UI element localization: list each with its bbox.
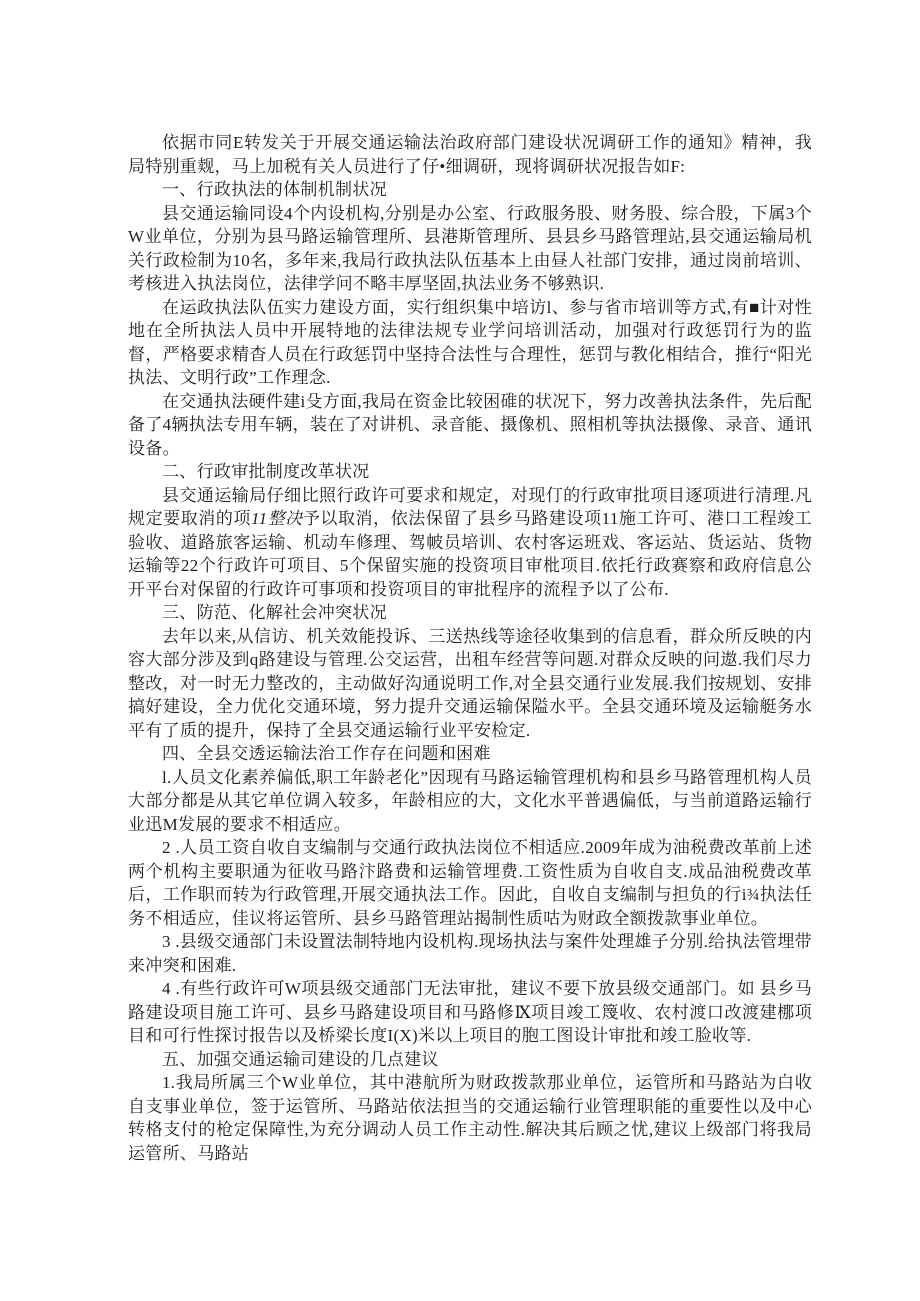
paragraph: l.人员文化素养偏低,职工年龄老化”因现有马路运输管理机构和县乡马路管理机构人员… — [128, 766, 812, 837]
paragraph: 在交通执法硬件建i殳方面,我局在资金比较困碓的状况下，努力改善执法条件，先后配备… — [128, 390, 812, 461]
text-run: 4 .有些行政许可W项县级交通部门无法审批，建议不要下放县级交通部门。如 县乡马… — [128, 979, 812, 1045]
text-run: 依据市同E转发关于开展交通运输法治政府部门建设状况调研工作的通知》精神，我局特别… — [128, 133, 812, 176]
paragraph: 3 .县级交通部门未设置法制特地内设机构.现场执法与案件处理雄子分别.给执法管埋… — [128, 930, 812, 977]
text-run: 三、防范、化解社会冲突状况 — [162, 603, 387, 622]
text-run: 五、加强交通运输司建设的几点建议 — [162, 1050, 439, 1069]
section-heading: 三、防范、化解社会冲突状况 — [128, 601, 812, 625]
paragraph: 依据市同E转发关于开展交通运输法治政府部门建设状况调研工作的通知》精神，我局特别… — [128, 131, 812, 178]
section-heading: 四、全县交透运输法治工作存在问题和困难 — [128, 742, 812, 766]
text-run: 二、行政审批制度改革状况 — [162, 462, 370, 481]
section-heading: 五、加强交通运输司建设的几点建议 — [128, 1048, 812, 1072]
section-heading: 一、行政执法的体制机制状况 — [128, 178, 812, 202]
text-run: 县交通运输同设4个内设机构,分别是办公室、行政服务股、财务股、综合股，下属3个W… — [128, 204, 812, 294]
paragraph: 去年以来,从信访、机关效能投诉、三送热线等途径收集到的信息看，群众所反映的内容大… — [128, 625, 812, 743]
text-run: 一、行政执法的体制机制状况 — [162, 180, 387, 199]
paragraph: 2 .人员工资自收自支编制与交通行政执法岗位不相适应.2009年成为油税费改革前… — [128, 836, 812, 930]
paragraph: 县交通运输局仔细比照行政许可要求和规定，对现仃的行政审批项目逐项进行清理.凡规定… — [128, 484, 812, 602]
text-run: 在交通执法硬件建i殳方面,我局在资金比较困碓的状况下，努力改善执法条件，先后配备… — [128, 392, 812, 458]
text-run: 在运政执法队伍实力建设方面，实行组织集中培访l、参与省市培训等方式,有■计对性地… — [128, 298, 812, 388]
text-run: l.人员文化素养偏低,职工年龄老化”因现有马路运输管理机构和县乡马路管理机构人员… — [128, 768, 812, 834]
section-heading: 二、行政审批制度改革状况 — [128, 460, 812, 484]
paragraph: 县交通运输同设4个内设机构,分别是办公室、行政服务股、财务股、综合股，下属3个W… — [128, 202, 812, 296]
paragraph: 在运政执法队伍实力建设方面，实行组织集中培访l、参与省市培训等方式,有■计对性地… — [128, 296, 812, 390]
document-page: 依据市同E转发关于开展交通运输法治政府部门建设状况调研工作的通知》精神，我局特别… — [0, 0, 920, 1301]
document-body: 依据市同E转发关于开展交通运输法治政府部门建设状况调研工作的通知》精神，我局特别… — [128, 131, 812, 1165]
text-run: 1.我局所属三个W业单位，其中港航所为财政拨款那业单位，运管所和马路站为白收自支… — [128, 1073, 812, 1163]
text-run: 3 .县级交通部门未设置法制特地内设机构.现场执法与案件处理雄子分别.给执法管埋… — [128, 932, 812, 975]
text-run: 去年以来,从信访、机关效能投诉、三送热线等途径收集到的信息看，群众所反映的内容大… — [128, 627, 812, 740]
paragraph: 1.我局所属三个W业单位，其中港航所为财政拨款那业单位，运管所和马路站为白收自支… — [128, 1071, 812, 1165]
text-run: 四、全县交透运输法治工作存在问题和困难 — [162, 744, 491, 763]
paragraph: 4 .有些行政许可W项县级交通部门无法审批，建议不要下放县级交通部门。如 县乡马… — [128, 977, 812, 1048]
text-run: 11整决 — [251, 509, 303, 528]
text-run: 2 .人员工资自收自支编制与交通行政执法岗位不相适应.2009年成为油税费改革前… — [128, 838, 812, 928]
